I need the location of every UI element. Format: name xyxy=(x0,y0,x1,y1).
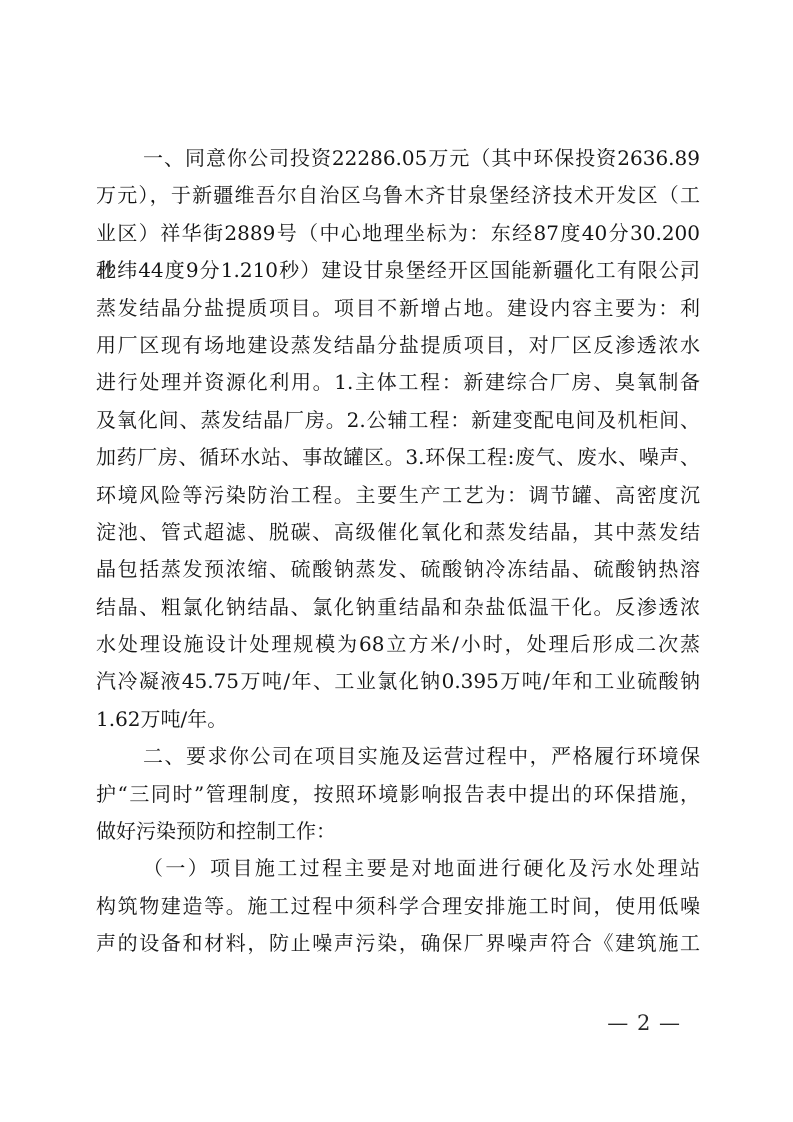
text-line: 万元），于新疆维吾尔自治区乌鲁木齐甘泉堡经济技术开发区（工 xyxy=(96,177,700,214)
text-line: 晶包括蒸发预浓缩、硫酸钠蒸发、硫酸钠冷冻结晶、硫酸钠热溶 xyxy=(96,551,700,588)
text-line: 做好污染预防和控制工作： xyxy=(96,813,700,850)
text-line: 构筑物建造等。施工过程中须科学合理安排施工时间，使用低噪 xyxy=(96,888,700,925)
text-line: 护“三同时”管理制度，按照环境影响报告表中提出的环保措施， xyxy=(96,776,700,813)
text-line: 二、要求你公司在项目实施及运营过程中，严格履行环境保 xyxy=(96,738,700,775)
text-line: 结晶、粗氯化钠结晶、氯化钠重结晶和杂盐低温干化。反渗透浓 xyxy=(96,589,700,626)
text-line: 及氧化间、蒸发结晶厂房。2.公辅工程：新建变配电间及机柜间、 xyxy=(96,402,700,439)
text-line: 进行处理并资源化利用。1.主体工程：新建综合厂房、臭氧制备 xyxy=(96,364,700,401)
text-line: 蒸发结晶分盐提质项目。项目不新增占地。建设内容主要为：利 xyxy=(96,290,700,327)
text-line: 业区）祥华街2889号（中心地理坐标为：东经87度40分30.200秒， xyxy=(96,215,700,252)
text-line: 水处理设施设计处理规模为68立方米/小时，处理后形成二次蒸 xyxy=(96,626,700,663)
text-line: 1.62万吨/年。 xyxy=(96,701,700,738)
text-line: 北纬44度9分1.210秒）建设甘泉堡经开区国能新疆化工有限公司 xyxy=(96,252,700,289)
page-number: — 2 — xyxy=(607,1008,681,1038)
document-page: 一、同意你公司投资22286.05万元（其中环保投资2636.89 万元），于新… xyxy=(0,0,793,1122)
text-line: 一、同意你公司投资22286.05万元（其中环保投资2636.89 xyxy=(96,140,700,177)
text-line: 用厂区现有场地建设蒸发结晶分盐提质项目，对厂区反渗透浓水 xyxy=(96,327,700,364)
text-line: 淀池、管式超滤、脱碳、高级催化氧化和蒸发结晶，其中蒸发结 xyxy=(96,514,700,551)
text-line: 环境风险等污染防治工程。主要生产工艺为：调节罐、高密度沉 xyxy=(96,477,700,514)
text-line: 汽冷凝液45.75万吨/年、工业氯化钠0.395万吨/年和工业硫酸钠 xyxy=(96,663,700,700)
document-body: 一、同意你公司投资22286.05万元（其中环保投资2636.89 万元），于新… xyxy=(96,140,700,963)
text-line: 声的设备和材料，防止噪声污染，确保厂界噪声符合《建筑施工 xyxy=(96,925,700,962)
text-line: （一）项目施工过程主要是对地面进行硬化及污水处理站 xyxy=(96,850,700,887)
text-line: 加药厂房、循环水站、事故罐区。3.环保工程:废气、废水、噪声、 xyxy=(96,439,700,476)
